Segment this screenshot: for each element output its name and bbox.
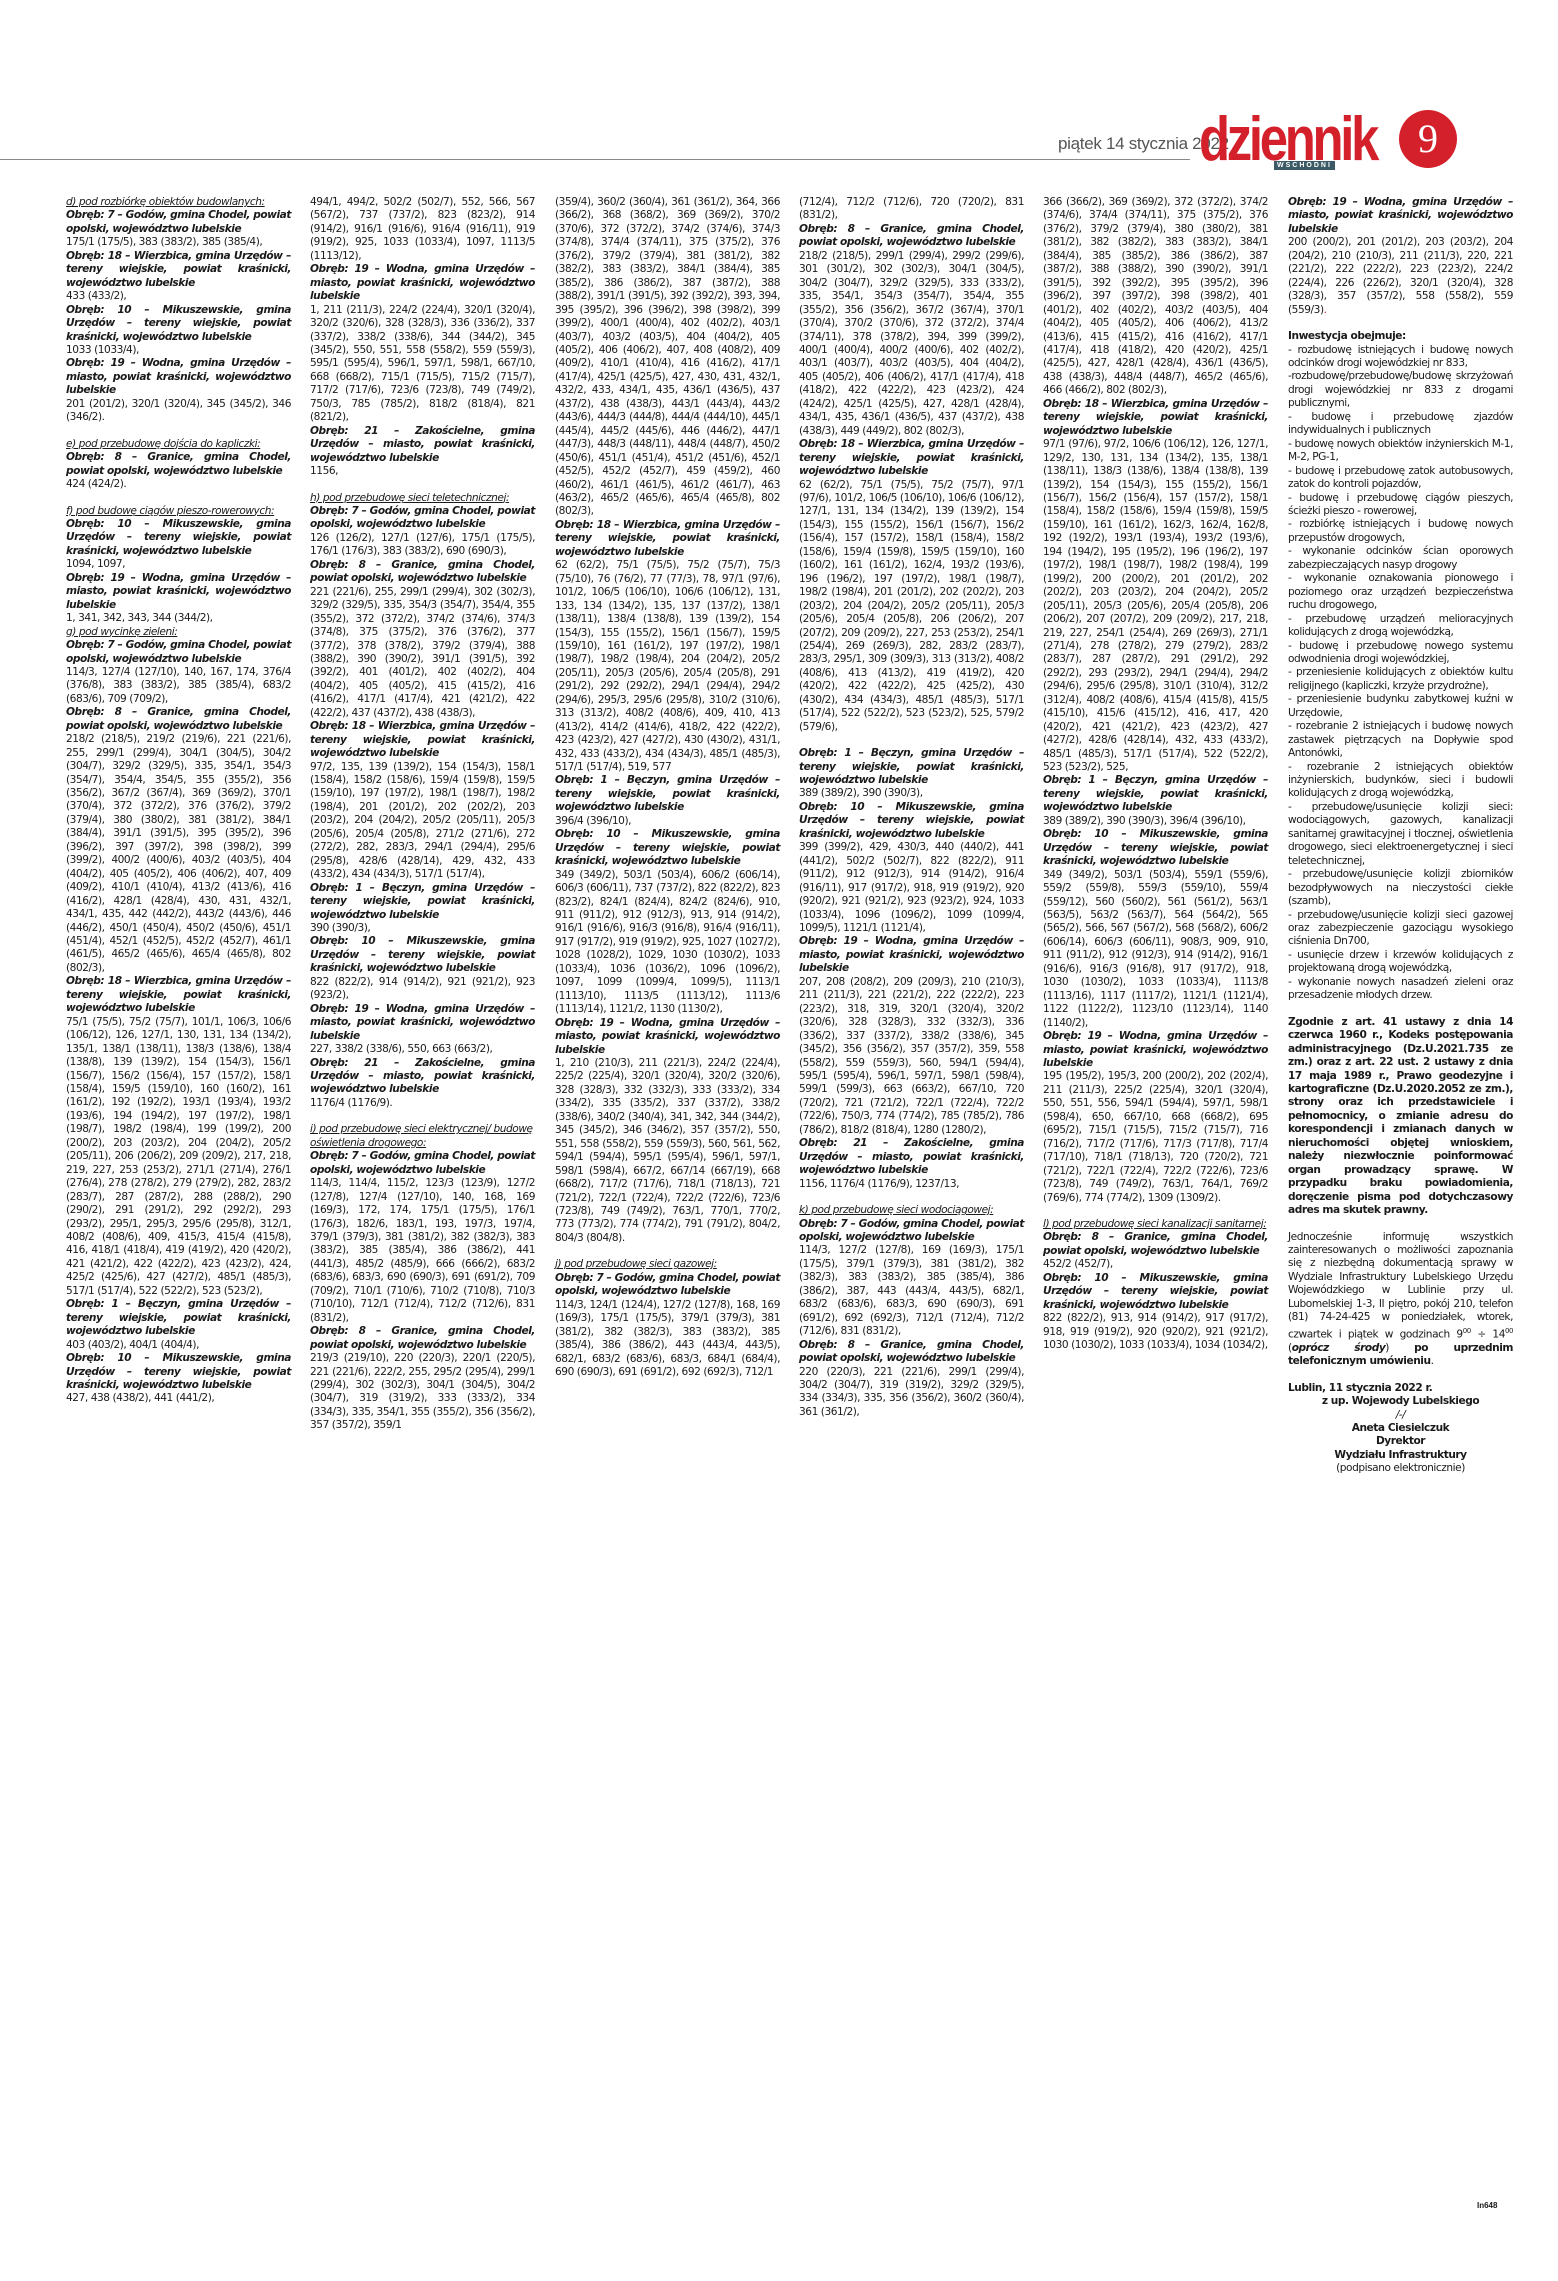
parcel-list: 207, 208 (208/2), 209 (209/3), 210 (210/… [799, 976, 1024, 1137]
precinct-heading: Obręb: 21 – Zakościelne, gmina Urzędów –… [310, 425, 535, 465]
precinct-heading: Obręb: 10 – Mikuszewskie, gmina Urzędów … [555, 828, 780, 868]
parcel-list: 349 (349/2), 503/1 (503/4), 559/1 (559/6… [1043, 869, 1268, 1030]
parcel-list: (712/4), 712/2 (712/6), 720 (720/2), 831… [799, 196, 1024, 223]
hour-superscript: 00 [1505, 1327, 1513, 1335]
parcel-list: 218/2 (218/5), 299/1 (299/4), 299/2 (299… [799, 250, 1024, 438]
column-4: (712/4), 712/2 (712/6), 720 (720/2), 831… [799, 196, 1024, 1419]
precinct-heading: Obręb: 8 – Granice, gmina Chodel, powiat… [310, 1325, 535, 1352]
parcel-list: 114/3, 127/4 (127/10), 140, 167, 174, 37… [66, 666, 291, 706]
column-6: Obręb: 19 – Wodna, gmina Urzędów – miast… [1288, 196, 1513, 1476]
parcel-list: 424 (424/2). [66, 478, 291, 491]
precinct-heading: Obręb: 10 – Mikuszewskie, gmina Urzędów … [310, 935, 535, 975]
parcel-list: 403 (403/2), 404/1 (404/4), [66, 1339, 291, 1352]
masthead: piątek 14 stycznia 2022 dziennik WSCHODN… [0, 108, 1558, 188]
header-rule [0, 159, 1190, 160]
parcel-list: 389 (389/2), 390 (390/3), 396/4 (396/10)… [1043, 815, 1268, 828]
parcel-list: - budowę i przebudowę ciągów pieszych, ś… [1288, 492, 1513, 519]
precinct-heading: Obręb: 18 – Wierzbica, gmina Urzędów – t… [66, 250, 291, 290]
parcel-list: 452/2 (452/7), [1043, 1258, 1268, 1271]
end-mark: . [1324, 304, 1327, 316]
parcel-list: 200 (200/2), 201 (201/2), 203 (203/2), 2… [1288, 236, 1513, 317]
column-1: d) pod rozbiórkę obiektów budowlanych:Ob… [66, 196, 291, 1406]
precinct-heading: Obręb: 21 – Zakościelne, gmina Urzędów –… [310, 1057, 535, 1097]
precinct-heading: Obręb: 10 – Mikuszewskie, gmina Urzędów … [1043, 828, 1268, 868]
precinct-heading: Obręb: 10 – Mikuszewskie, gmina Urzędów … [1043, 1272, 1268, 1312]
parcel-list: - usunięcie drzew i krzewów kolidujących… [1288, 949, 1513, 976]
parcel-list: 1033 (1033/4), [66, 344, 291, 357]
column-3: (359/4), 360/2 (360/4), 361 (361/2), 364… [555, 196, 780, 1379]
precinct-heading: Obręb: 10 – Mikuszewskie, gmina Urzędów … [66, 1352, 291, 1392]
parcel-list: - wykonanie oznakowania pionowego i pozi… [1288, 572, 1513, 612]
signature-place-date: Lublin, 11 stycznia 2022 r. [1288, 1382, 1513, 1395]
parcel-list: 389 (389/2), 390 (390/3), [799, 787, 1024, 800]
precinct-heading: Obręb: 21 – Zakościelne, gmina Urzędów –… [799, 1137, 1024, 1177]
parcel-list: - wykonanie nowych nasadzeń zieleni oraz… [1288, 976, 1513, 1003]
precinct-heading: Obręb: 19 – Wodna, gmina Urzędów – miast… [799, 935, 1024, 975]
parcel-list: 1176/4 (1176/9). [310, 1097, 535, 1110]
parcel-list: 220 (220/3), 221 (221/6), 299/1 (299/4),… [799, 1366, 1024, 1420]
parcel-list: - budowę i przebudowę zatok autobusowych… [1288, 465, 1513, 492]
section-heading: l) pod przebudowę sieci kanalizacji sani… [1043, 1218, 1268, 1231]
section-heading: e) pod przebudowę dojścia do kapliczki: [66, 438, 291, 451]
precinct-heading: Obręb: 7 – Godów, gmina Chodel, powiat o… [310, 1150, 535, 1177]
notice-paragraph-bold: Inwestycja obejmuje: [1288, 330, 1513, 343]
parcel-list: 219/3 (219/10), 220 (220/3), 220/1 (220/… [310, 1352, 535, 1433]
parcel-list-text: 200 (200/2), 201 (201/2), 203 (203/2), 2… [1288, 236, 1513, 315]
precinct-heading: Obręb: 19 – Wodna, gmina Urzędów – miast… [66, 572, 291, 612]
contact-info-paragraph: Jednocześnie informuję wszystkich zainte… [1288, 1231, 1513, 1369]
precinct-heading: Obręb: 18 – Wierzbica, gmina Urzędów – t… [799, 438, 1024, 478]
parcel-list: 399 (399/2), 429, 430/3, 440 (440/2), 44… [799, 841, 1024, 935]
parcel-list: - rozebranie 2 istniejących i budowę now… [1288, 720, 1513, 760]
parcel-list: 349 (349/2), 503/1 (503/4), 606/2 (606/1… [555, 869, 780, 1017]
parcel-list: 221 (221/6), 255, 299/1 (299/4), 302 (30… [310, 586, 535, 721]
newspaper-logo: dziennik [1199, 112, 1376, 168]
precinct-heading: Obręb: 8 – Granice, gmina Chodel, powiat… [799, 1339, 1024, 1366]
parcel-list: 126 (126/2), 127/1 (127/6), 175/1 (175/5… [310, 532, 535, 559]
parcel-list: - budowę i przebudowę zjazdów indywidual… [1288, 411, 1513, 438]
parcel-list: 62 (62/2), 75/1 (75/5), 75/2 (75/7), 97/… [799, 479, 1024, 735]
parcel-list: - przeniesienie kolidujących z obiektów … [1288, 666, 1513, 693]
section-heading: j) pod przebudowę sieci gazowej: [555, 1258, 780, 1271]
parcel-list: (359/4), 360/2 (360/4), 361 (361/2), 364… [555, 196, 780, 519]
precinct-heading: Obręb: 1 – Bęczyn, gmina Urzędów – teren… [66, 1298, 291, 1338]
parcel-list: 1156, [310, 465, 535, 478]
precinct-heading: Obręb: 18 – Wierzbica, gmina Urzędów – t… [310, 720, 535, 760]
column-5: 366 (366/2), 369 (369/2), 372 (372/2), 3… [1043, 196, 1268, 1353]
signatory-name: Aneta Ciesielczuk [1288, 1422, 1513, 1435]
parcel-list: 822 (822/2), 914 (914/2), 921 (921/2), 9… [310, 976, 535, 1003]
parcel-list: 227, 338/2 (338/6), 550, 663 (663/2), [310, 1043, 535, 1056]
parcel-list: 1, 211 (211/3), 224/2 (224/4), 320/1 (32… [310, 304, 535, 425]
precinct-heading: Obręb: 8 – Granice, gmina Chodel, powiat… [310, 559, 535, 586]
parcel-list: - przebudowę/usunięcie kolizji sieci: wo… [1288, 801, 1513, 868]
precinct-heading: Obręb: 19 – Wodna, gmina Urzędów – miast… [66, 357, 291, 397]
section-heading: g) pod wycinkę zieleni: [66, 626, 291, 639]
parcel-list: 97/2, 135, 139 (139/2), 154 (154/3), 158… [310, 761, 535, 882]
section-heading: d) pod rozbiórkę obiektów budowlanych: [66, 196, 291, 209]
parcel-list: 822 (822/2), 913, 914 (914/2), 917 (917/… [1043, 1312, 1268, 1352]
precinct-heading: Obręb: 1 – Bęczyn, gmina Urzędów – teren… [555, 774, 780, 814]
parcel-list: - budowę i przebudowę nowego systemu odw… [1288, 640, 1513, 667]
parcel-list: - rozebranie 2 istniejących obiektów inż… [1288, 761, 1513, 801]
parcel-list: 1, 341, 342, 343, 344 (344/2), [66, 612, 291, 625]
parcel-list: 390 (390/3), [310, 922, 535, 935]
parcel-list: 1, 210 (210/3), 211 (221/3), 224/2 (224/… [555, 1057, 780, 1245]
section-heading: i) pod przebudowę sieci elektrycznej/ bu… [310, 1123, 535, 1150]
precinct-heading: Obręb: 19 – Wodna, gmina Urzędów – miast… [555, 1017, 780, 1057]
precinct-heading: Obręb: 18 – Wierzbica, gmina Urzędów – t… [555, 519, 780, 559]
precinct-heading: Obręb: 7 – Godów, gmina Chodel, powiat o… [310, 505, 535, 532]
precinct-heading: Obręb: 18 – Wierzbica, gmina Urzędów – t… [66, 975, 291, 1015]
parcel-list: 62 (62/2), 75/1 (75/5), 75/2 (75/7), 75/… [555, 559, 780, 774]
notice-columns: d) pod rozbiórkę obiektów budowlanych:Ob… [66, 196, 1506, 2206]
parcel-list: 366 (366/2), 369 (369/2), 372 (372/2), 3… [1043, 196, 1268, 398]
info-text: . [1431, 1355, 1434, 1367]
parcel-list: 75/1 (75/5), 75/2 (75/7), 101/1, 106/3, … [66, 1016, 291, 1299]
parcel-list: - budowę nowych obiektów inżynierskich M… [1288, 438, 1513, 465]
parcel-list: 433 (433/2), [66, 290, 291, 303]
signature-block: Lublin, 11 stycznia 2022 r.z up. Wojewod… [1288, 1382, 1513, 1476]
parcel-list: 114/3, 114/4, 115/2, 123/3 (123/9), 127/… [310, 1177, 535, 1325]
parcel-list: 1094, 1097, [66, 558, 291, 571]
parcel-list: 114/3, 124/1 (124/4), 127/2 (127/8), 168… [555, 1299, 780, 1380]
ad-reference-tag: In648 [1477, 2201, 1497, 2210]
parcel-list: 201 (201/2), 320/1 (320/4), 345 (345/2),… [66, 398, 291, 425]
parcel-list: 97/1 (97/6), 97/2, 106/6 (106/12), 126, … [1043, 438, 1268, 774]
parcel-list: 427, 438 (438/2), 441 (441/2), [66, 1392, 291, 1405]
parcel-list: - rozbudowę istniejących i budowę nowych… [1288, 344, 1513, 371]
precinct-heading: Obręb: 8 – Granice, gmina Chodel, powiat… [66, 706, 291, 733]
precinct-heading: Obręb: 19 – Wodna, gmina Urzędów – miast… [1288, 196, 1513, 236]
signatory-department: Wydziału Infrastruktury [1288, 1449, 1513, 1462]
signatory-title: Dyrektor [1288, 1435, 1513, 1448]
precinct-heading: Obręb: 7 – Godów, gmina Chodel, powiat o… [66, 209, 291, 236]
precinct-heading: Obręb: 1 – Bęczyn, gmina Urzędów – teren… [310, 882, 535, 922]
section-heading: h) pod przebudowę sieci teletechnicznej: [310, 492, 535, 505]
section-heading: k) pod przebudowę sieci wodociągowej: [799, 1204, 1024, 1217]
parcel-list: 1156, 1176/4 (1176/9), 1237/13, [799, 1178, 1024, 1191]
parcel-list: 175/1 (175/5), 383 (383/2), 385 (385/4), [66, 236, 291, 249]
precinct-heading: Obręb: 19 – Wodna, gmina Urzędów – miast… [310, 1003, 535, 1043]
precinct-heading: Obręb: 1 – Bęczyn, gmina Urzędów – teren… [1043, 774, 1268, 814]
excluded-day: oprócz środy [1292, 1342, 1386, 1354]
precinct-heading: Obręb: 7 – Godów, gmina Chodel, powiat o… [555, 1272, 780, 1299]
precinct-heading: Obręb: 8 – Granice, gmina Chodel, powiat… [799, 223, 1024, 250]
precinct-heading: Obręb: 18 – Wierzbica, gmina Urzędów – t… [1043, 398, 1268, 438]
parcel-list: 114/3, 127/2 (127/8), 169 (169/3), 175/1… [799, 1244, 1024, 1338]
parcel-list: 218/2 (218/5), 219/2 (219/6), 221 (221/6… [66, 733, 291, 975]
precinct-heading: Obręb: 7 – Godów, gmina Chodel, powiat o… [66, 639, 291, 666]
parcel-list: - wykonanie odcinków ścian oporowych zab… [1288, 545, 1513, 572]
parcel-list: -rozbudowę/przebudowę/budowę skrzyżowań … [1288, 370, 1513, 410]
parcel-list: 195 (195/2), 195/3, 200 (200/2), 202 (20… [1043, 1070, 1268, 1205]
signature-note: (podpisano elektronicznie) [1288, 1462, 1513, 1475]
info-text: ÷ 14 [1471, 1328, 1505, 1340]
precinct-heading: Obręb: 10 – Mikuszewskie, gmina Urzędów … [66, 304, 291, 344]
parcel-list: 494/1, 494/2, 502/2 (502/7), 552, 566, 5… [310, 196, 535, 263]
parcel-list: - przebudowę/usunięcie kolizji sieci gaz… [1288, 909, 1513, 949]
precinct-heading: Obręb: 8 – Granice, gmina Chodel, powiat… [66, 451, 291, 478]
signature-mark: /-/ [1288, 1409, 1513, 1422]
precinct-heading: Obręb: 19 – Wodna, gmina Urzędów – miast… [310, 263, 535, 303]
newspaper-logo-subtitle: WSCHODNI [1274, 161, 1335, 170]
page-number-badge: 9 [1399, 110, 1457, 168]
precinct-heading: Obręb: 10 – Mikuszewskie, gmina Urzędów … [66, 518, 291, 558]
column-2: 494/1, 494/2, 502/2 (502/7), 552, 566, 5… [310, 196, 535, 1433]
signature-on-behalf: z up. Wojewody Lubelskiego [1288, 1395, 1513, 1408]
info-text: ) [1385, 1342, 1414, 1354]
parcel-list: 396/4 (396/10), [555, 815, 780, 828]
parcel-list: - rozbiórkę istniejących i budowę nowych… [1288, 518, 1513, 545]
precinct-heading: Obręb: 10 – Mikuszewskie, gmina Urzędów … [799, 801, 1024, 841]
precinct-heading: Obręb: 7 – Godów, gmina Chodel, powiat o… [799, 1218, 1024, 1245]
parcel-list: - przebudowę/usunięcie kolizji zbiornikó… [1288, 868, 1513, 908]
section-heading: f) pod budowę ciągów pieszo-rowerowych: [66, 505, 291, 518]
notice-paragraph-bold: Zgodnie z art. 41 ustawy z dnia 14 czerw… [1288, 1016, 1513, 1218]
precinct-heading: Obręb: 8 – Granice, gmina Chodel, powiat… [1043, 1231, 1268, 1258]
parcel-list: - przeniesienie budynku zabytkowej kuźni… [1288, 693, 1513, 720]
info-text: Jednocześnie informuję wszystkich zainte… [1288, 1231, 1513, 1341]
hour-superscript: 00 [1463, 1327, 1471, 1335]
parcel-list: - przebudowę urządzeń melioracyjnych kol… [1288, 613, 1513, 640]
precinct-heading: Obręb: 1 – Bęczyn, gmina Urzędów – teren… [799, 747, 1024, 787]
precinct-heading: Obręb: 19 – Wodna, gmina Urzędów – miast… [1043, 1030, 1268, 1070]
